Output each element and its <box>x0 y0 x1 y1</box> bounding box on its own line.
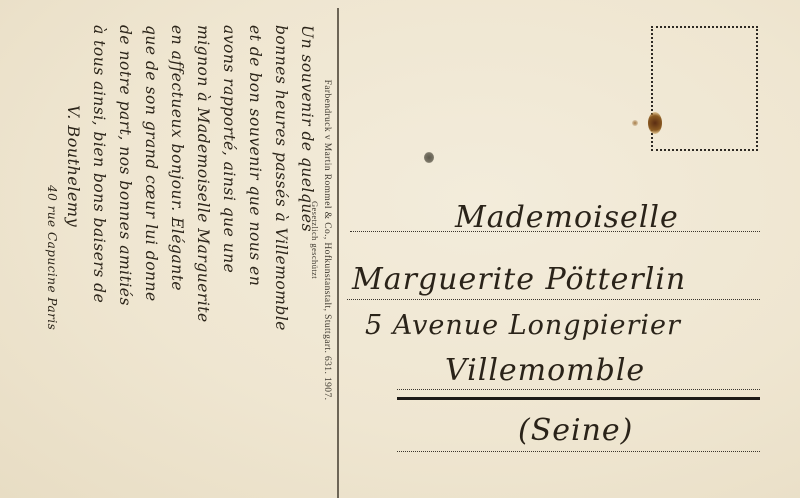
publisher-imprint: Farbendruck v Martin Rommel & Co., Hofku… <box>300 20 332 460</box>
message-line: bonnes heures passés à Villemomble <box>268 25 294 485</box>
address-solid-line <box>397 397 760 400</box>
address-dotted-line-4 <box>397 389 760 390</box>
address-line-1: Mademoiselle <box>455 200 679 235</box>
imprint-line-publisher: Farbendruck v Martin Rommel & Co., Hofku… <box>322 20 332 460</box>
address-dotted-line-5 <box>397 451 760 452</box>
stain-mark <box>632 120 638 126</box>
postcard-back: Un souvenir de quelques bonnes heures pa… <box>0 0 800 498</box>
address-line-5: (Seine) <box>518 413 633 448</box>
message-line: et de bon souvenir que nous en <box>242 25 268 485</box>
message-line: en affectueux bonjour. Elégante <box>164 25 190 485</box>
stamp-box <box>651 26 758 151</box>
address-dotted-line-2 <box>347 299 760 300</box>
stain-mark <box>424 152 434 163</box>
stain-mark <box>648 112 662 134</box>
message-line: à tous ainsi, bien bons baisers de <box>86 25 112 485</box>
center-divider <box>337 8 339 498</box>
message-line: de notre part, nos bonnes amitiés <box>112 25 138 485</box>
signature-address: 40 rue Capucine Paris <box>44 25 60 485</box>
message-line: avons rapporté, ainsi que une <box>216 25 242 485</box>
address-line-3: 5 Avenue Longpierier <box>365 310 681 341</box>
signature: V. Bouthelemy <box>60 25 86 485</box>
address-line-4: Villemomble <box>445 353 645 388</box>
message-line: mignon à Mademoiselle Marguerite <box>190 25 216 485</box>
address-line-2: Marguerite Pötterlin <box>352 262 686 297</box>
handwritten-message: Un souvenir de quelques bonnes heures pa… <box>20 25 320 485</box>
message-line: que de son grand cœur lui donne <box>138 25 164 485</box>
imprint-rotated-block: Farbendruck v Martin Rommel & Co., Hofku… <box>310 20 332 460</box>
imprint-line-copyright: Gesetzlich geschützt <box>310 20 320 460</box>
message-rotated-block: Un souvenir de quelques bonnes heures pa… <box>44 25 320 485</box>
